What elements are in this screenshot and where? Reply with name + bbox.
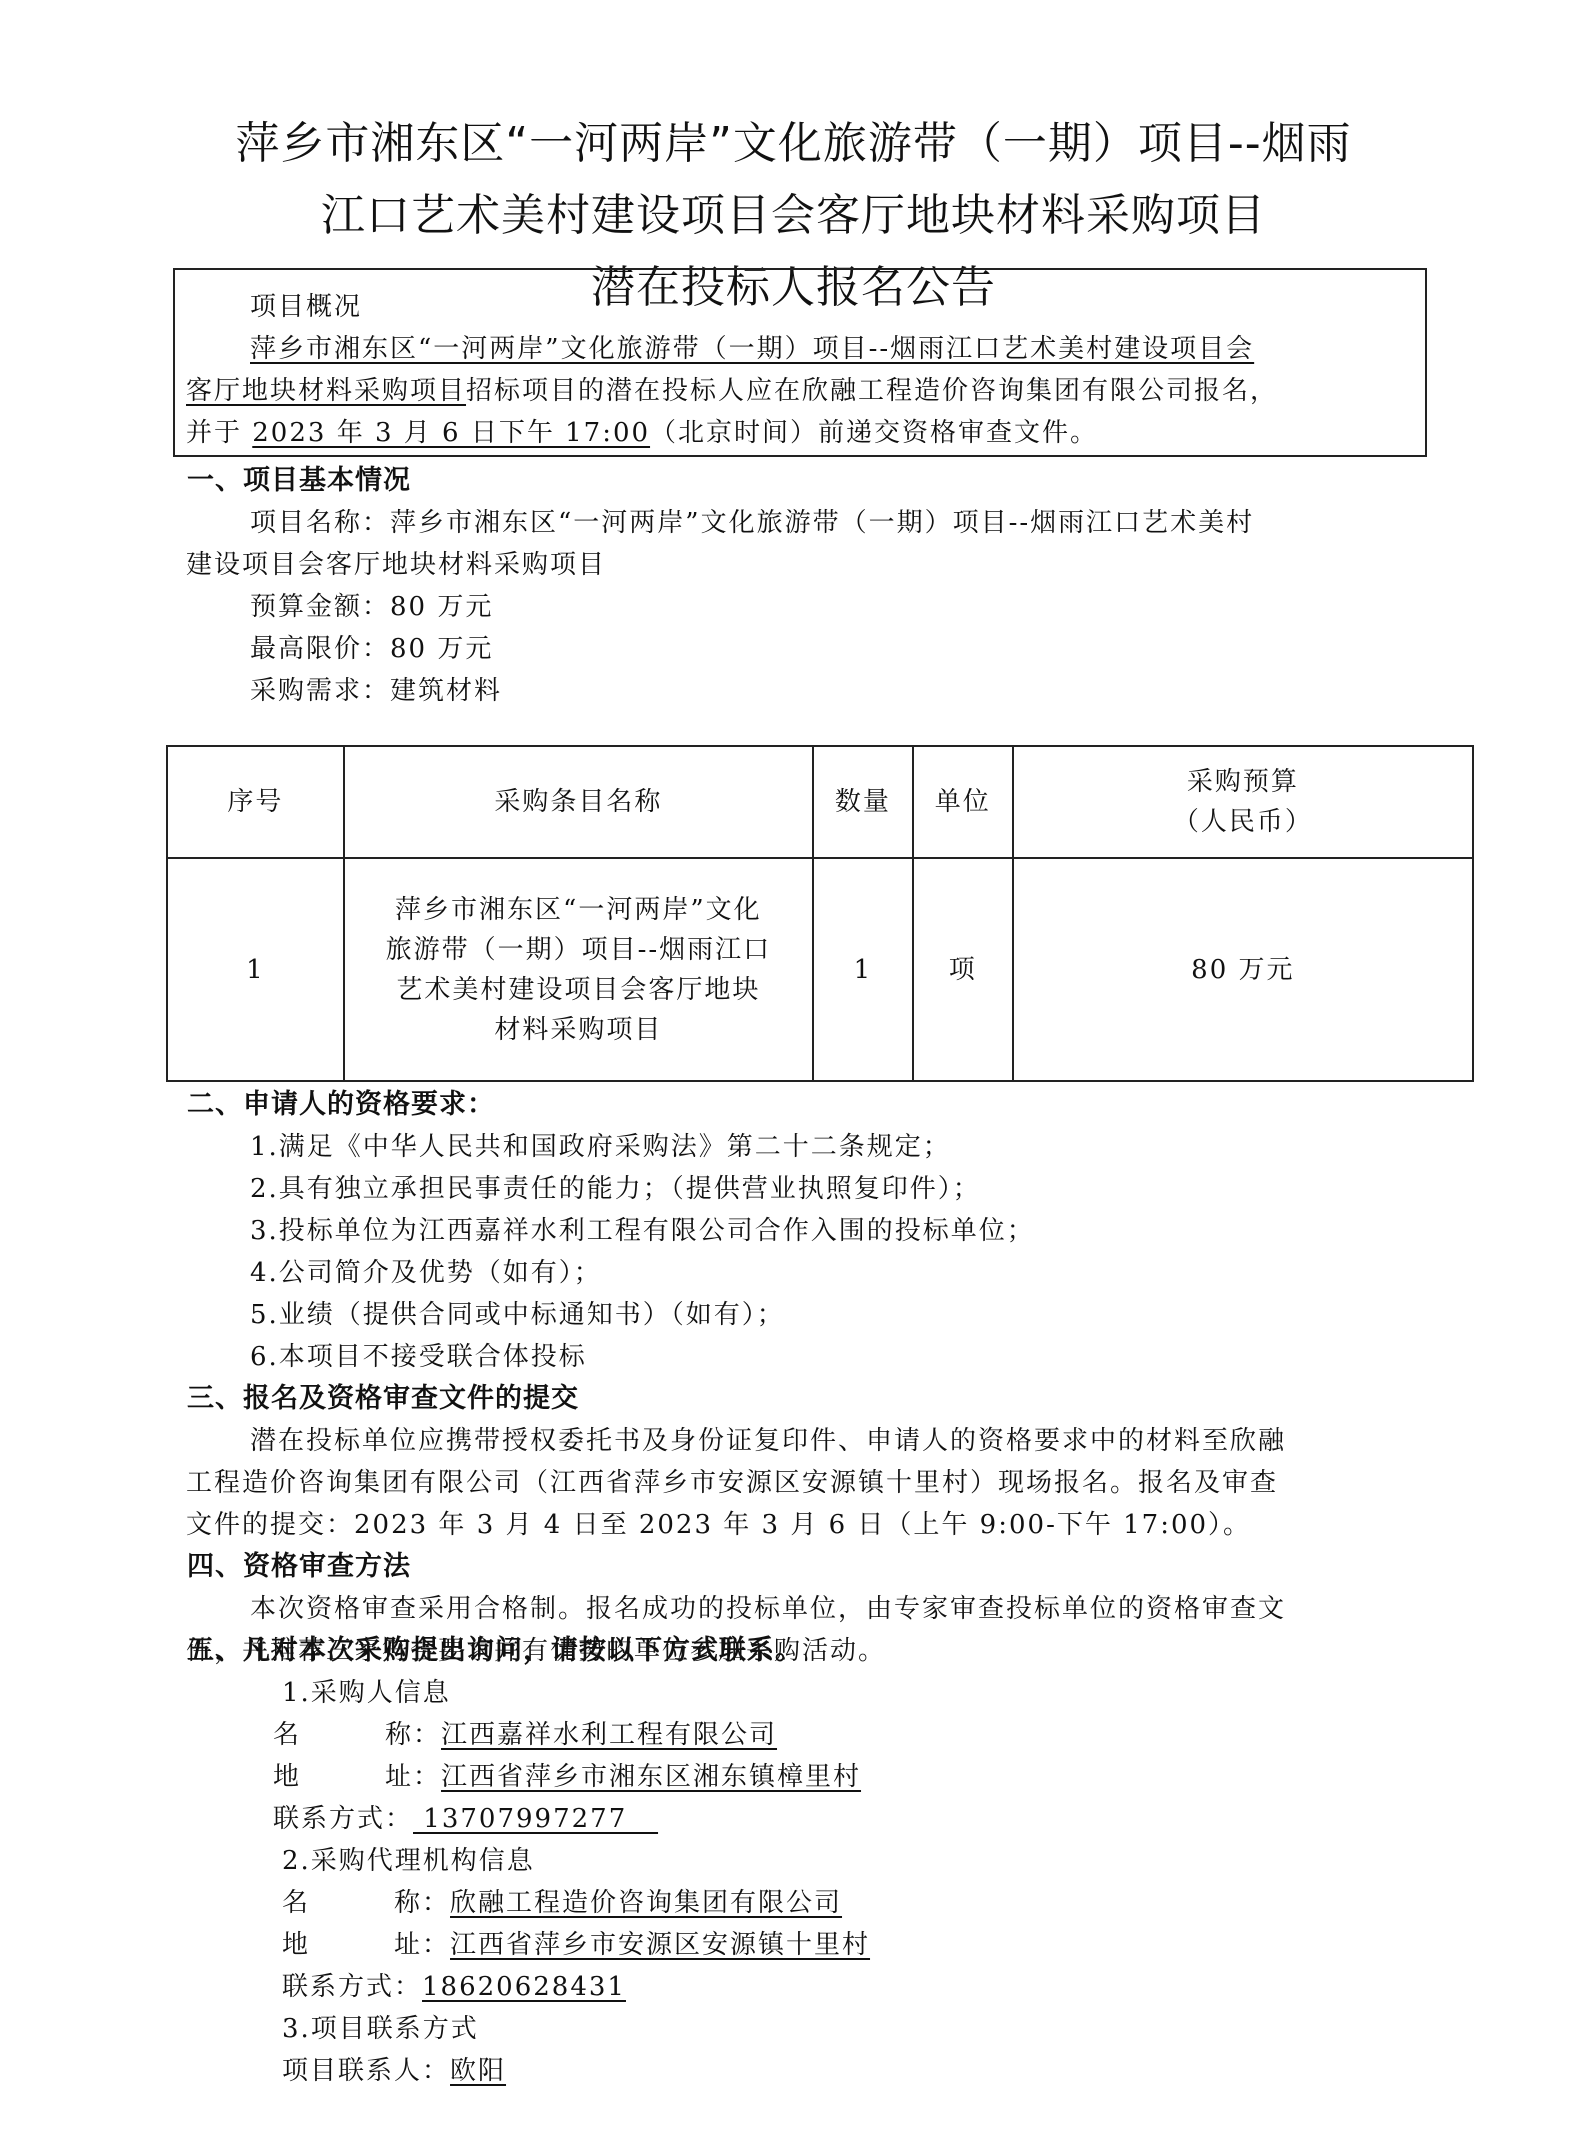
overview-project-name-tail: 客厅地块材料采购项目 [186, 376, 466, 406]
requirement-item: 6.本项目不接受联合体投标 [250, 1336, 587, 1378]
title-line-1: 萍乡市湘东区“一河两岸”文化旅游带（一期）项目--烟雨 [0, 108, 1587, 180]
max-price: 最高限价：80 万元 [250, 628, 493, 670]
agency-contact-row: 联系方式：18620628431 [282, 1966, 626, 2008]
cell-index: 1 [167, 858, 344, 1081]
agency-phone: 18620628431 [422, 1972, 626, 2002]
header-budget-line-2: （人民币） [1014, 802, 1472, 842]
agency-address: 江西省萍乡市安源区安源镇十里村 [450, 1930, 870, 1960]
review-method-line-1: 本次资格审查采用合格制。报名成功的投标单位，由专家审查投标单位的资格审查文 [250, 1588, 1286, 1630]
agency-address-label: 地 址： [282, 1930, 450, 1960]
purchaser-info-label: 1.采购人信息 [282, 1672, 451, 1714]
agency-name-label: 名 称： [282, 1888, 450, 1918]
purchaser-contact-row: 联系方式： 13707997277 [273, 1798, 658, 1840]
header-budget-line-1: 采购预算 [1014, 762, 1472, 802]
agency-contact-label: 联系方式： [282, 1972, 422, 2002]
submission-line-2: 工程造价咨询集团有限公司（江西省萍乡市安源区安源镇十里村）现场报名。报名及审查 [186, 1462, 1278, 1504]
cell-item-name: 萍乡市湘东区“一河两岸”文化 旅游带（一期）项目--烟雨江口 艺术美村建设项目会… [344, 858, 813, 1081]
overview-label: 项目概况 [250, 286, 362, 328]
project-name-line-2: 建设项目会客厅地块材料采购项目 [186, 544, 606, 586]
header-budget: 采购预算 （人民币） [1013, 746, 1473, 858]
requirement-item: 3.投标单位为江西嘉祥水利工程有限公司合作入围的投标单位； [250, 1210, 1035, 1252]
overview-deadline: 2023 年 3 月 6 日下午 17:00 [252, 418, 650, 448]
cell-unit: 项 [913, 858, 1013, 1081]
section-4-heading: 四、资格审查方法 [187, 1546, 411, 1588]
title-line-2: 江口艺术美村建设项目会客厅地块材料采购项目 [0, 180, 1587, 252]
overview-line-2-rest: 招标项目的潜在投标人应在欣融工程造价咨询集团有限公司报名， [466, 376, 1278, 406]
project-contact-person: 欧阳 [450, 2056, 506, 2086]
overview-line-3-rest: （北京时间）前递交资格审查文件。 [650, 418, 1098, 448]
table-header-row: 序号 采购条目名称 数量 单位 采购预算 （人民币） [167, 746, 1473, 858]
item-name-line: 艺术美村建设项目会客厅地块 [345, 970, 812, 1010]
purchaser-name-row: 名 称：江西嘉祥水利工程有限公司 [273, 1714, 777, 1756]
purchaser-address-label: 地 址： [273, 1762, 441, 1792]
procurement-demand: 采购需求：建筑材料 [250, 670, 502, 712]
header-index: 序号 [167, 746, 344, 858]
section-3-heading: 三、报名及资格审查文件的提交 [187, 1378, 579, 1420]
agency-info-label: 2.采购代理机构信息 [282, 1840, 535, 1882]
overview-line-3: 并于 2023 年 3 月 6 日下午 17:00（北京时间）前递交资格审查文件… [186, 412, 1098, 454]
project-contact-person-row: 项目联系人：欧阳 [282, 2050, 506, 2092]
requirement-item: 5.业绩（提供合同或中标通知书）（如有）； [250, 1294, 785, 1336]
requirement-item: 1.满足《中华人民共和国政府采购法》第二十二条规定； [250, 1126, 951, 1168]
item-name-line: 旅游带（一期）项目--烟雨江口 [345, 930, 812, 970]
agency-name-row: 名 称：欣融工程造价咨询集团有限公司 [282, 1882, 842, 1924]
project-name-line-1: 项目名称：萍乡市湘东区“一河两岸”文化旅游带（一期）项目--烟雨江口艺术美村 [250, 502, 1254, 544]
table-row: 1 萍乡市湘东区“一河两岸”文化 旅游带（一期）项目--烟雨江口 艺术美村建设项… [167, 858, 1473, 1081]
purchaser-phone: 13707997277 [413, 1804, 658, 1834]
header-item-name: 采购条目名称 [344, 746, 813, 858]
cell-budget: 80 万元 [1013, 858, 1473, 1081]
project-contact-person-label: 项目联系人： [282, 2056, 450, 2086]
section-5-heading: 五、凡对本次采购提出询问，请按以下方式联系。 [187, 1630, 803, 1672]
project-contact-label: 3.项目联系方式 [282, 2008, 479, 2050]
header-quantity: 数量 [813, 746, 913, 858]
header-unit: 单位 [913, 746, 1013, 858]
section-2-heading: 二、申请人的资格要求： [187, 1084, 495, 1126]
cell-quantity: 1 [813, 858, 913, 1081]
requirement-item: 4.公司简介及优势（如有）； [250, 1252, 602, 1294]
agency-address-row: 地 址：江西省萍乡市安源区安源镇十里村 [282, 1924, 870, 1966]
submission-line-1: 潜在投标单位应携带授权委托书及身份证复印件、申请人的资格要求中的材料至欣融 [250, 1420, 1286, 1462]
purchaser-name-label: 名 称： [273, 1720, 441, 1750]
overview-line-2: 客厅地块材料采购项目招标项目的潜在投标人应在欣融工程造价咨询集团有限公司报名， [186, 370, 1278, 412]
requirement-item: 2.具有独立承担民事责任的能力；（提供营业执照复印件）； [250, 1168, 981, 1210]
agency-name: 欣融工程造价咨询集团有限公司 [450, 1888, 842, 1918]
purchaser-address: 江西省萍乡市湘东区湘东镇樟里村 [441, 1762, 861, 1792]
submission-line-3: 文件的提交：2023 年 3 月 4 日至 2023 年 3 月 6 日（上午 … [186, 1504, 1251, 1546]
item-name-line: 萍乡市湘东区“一河两岸”文化 [345, 890, 812, 930]
procurement-table: 序号 采购条目名称 数量 单位 采购预算 （人民币） 1 萍乡市湘东区“一河两岸… [166, 745, 1474, 1082]
section-1-heading: 一、项目基本情况 [187, 460, 411, 502]
overview-line-3-prefix: 并于 [186, 418, 252, 448]
purchaser-name: 江西嘉祥水利工程有限公司 [441, 1720, 777, 1750]
budget-amount: 预算金额：80 万元 [250, 586, 493, 628]
overview-line-1: 萍乡市湘东区“一河两岸”文化旅游带（一期）项目--烟雨江口艺术美村建设项目会 [250, 328, 1254, 370]
item-name-line: 材料采购项目 [345, 1010, 812, 1050]
purchaser-address-row: 地 址：江西省萍乡市湘东区湘东镇樟里村 [273, 1756, 861, 1798]
purchaser-contact-label: 联系方式： [273, 1804, 413, 1834]
